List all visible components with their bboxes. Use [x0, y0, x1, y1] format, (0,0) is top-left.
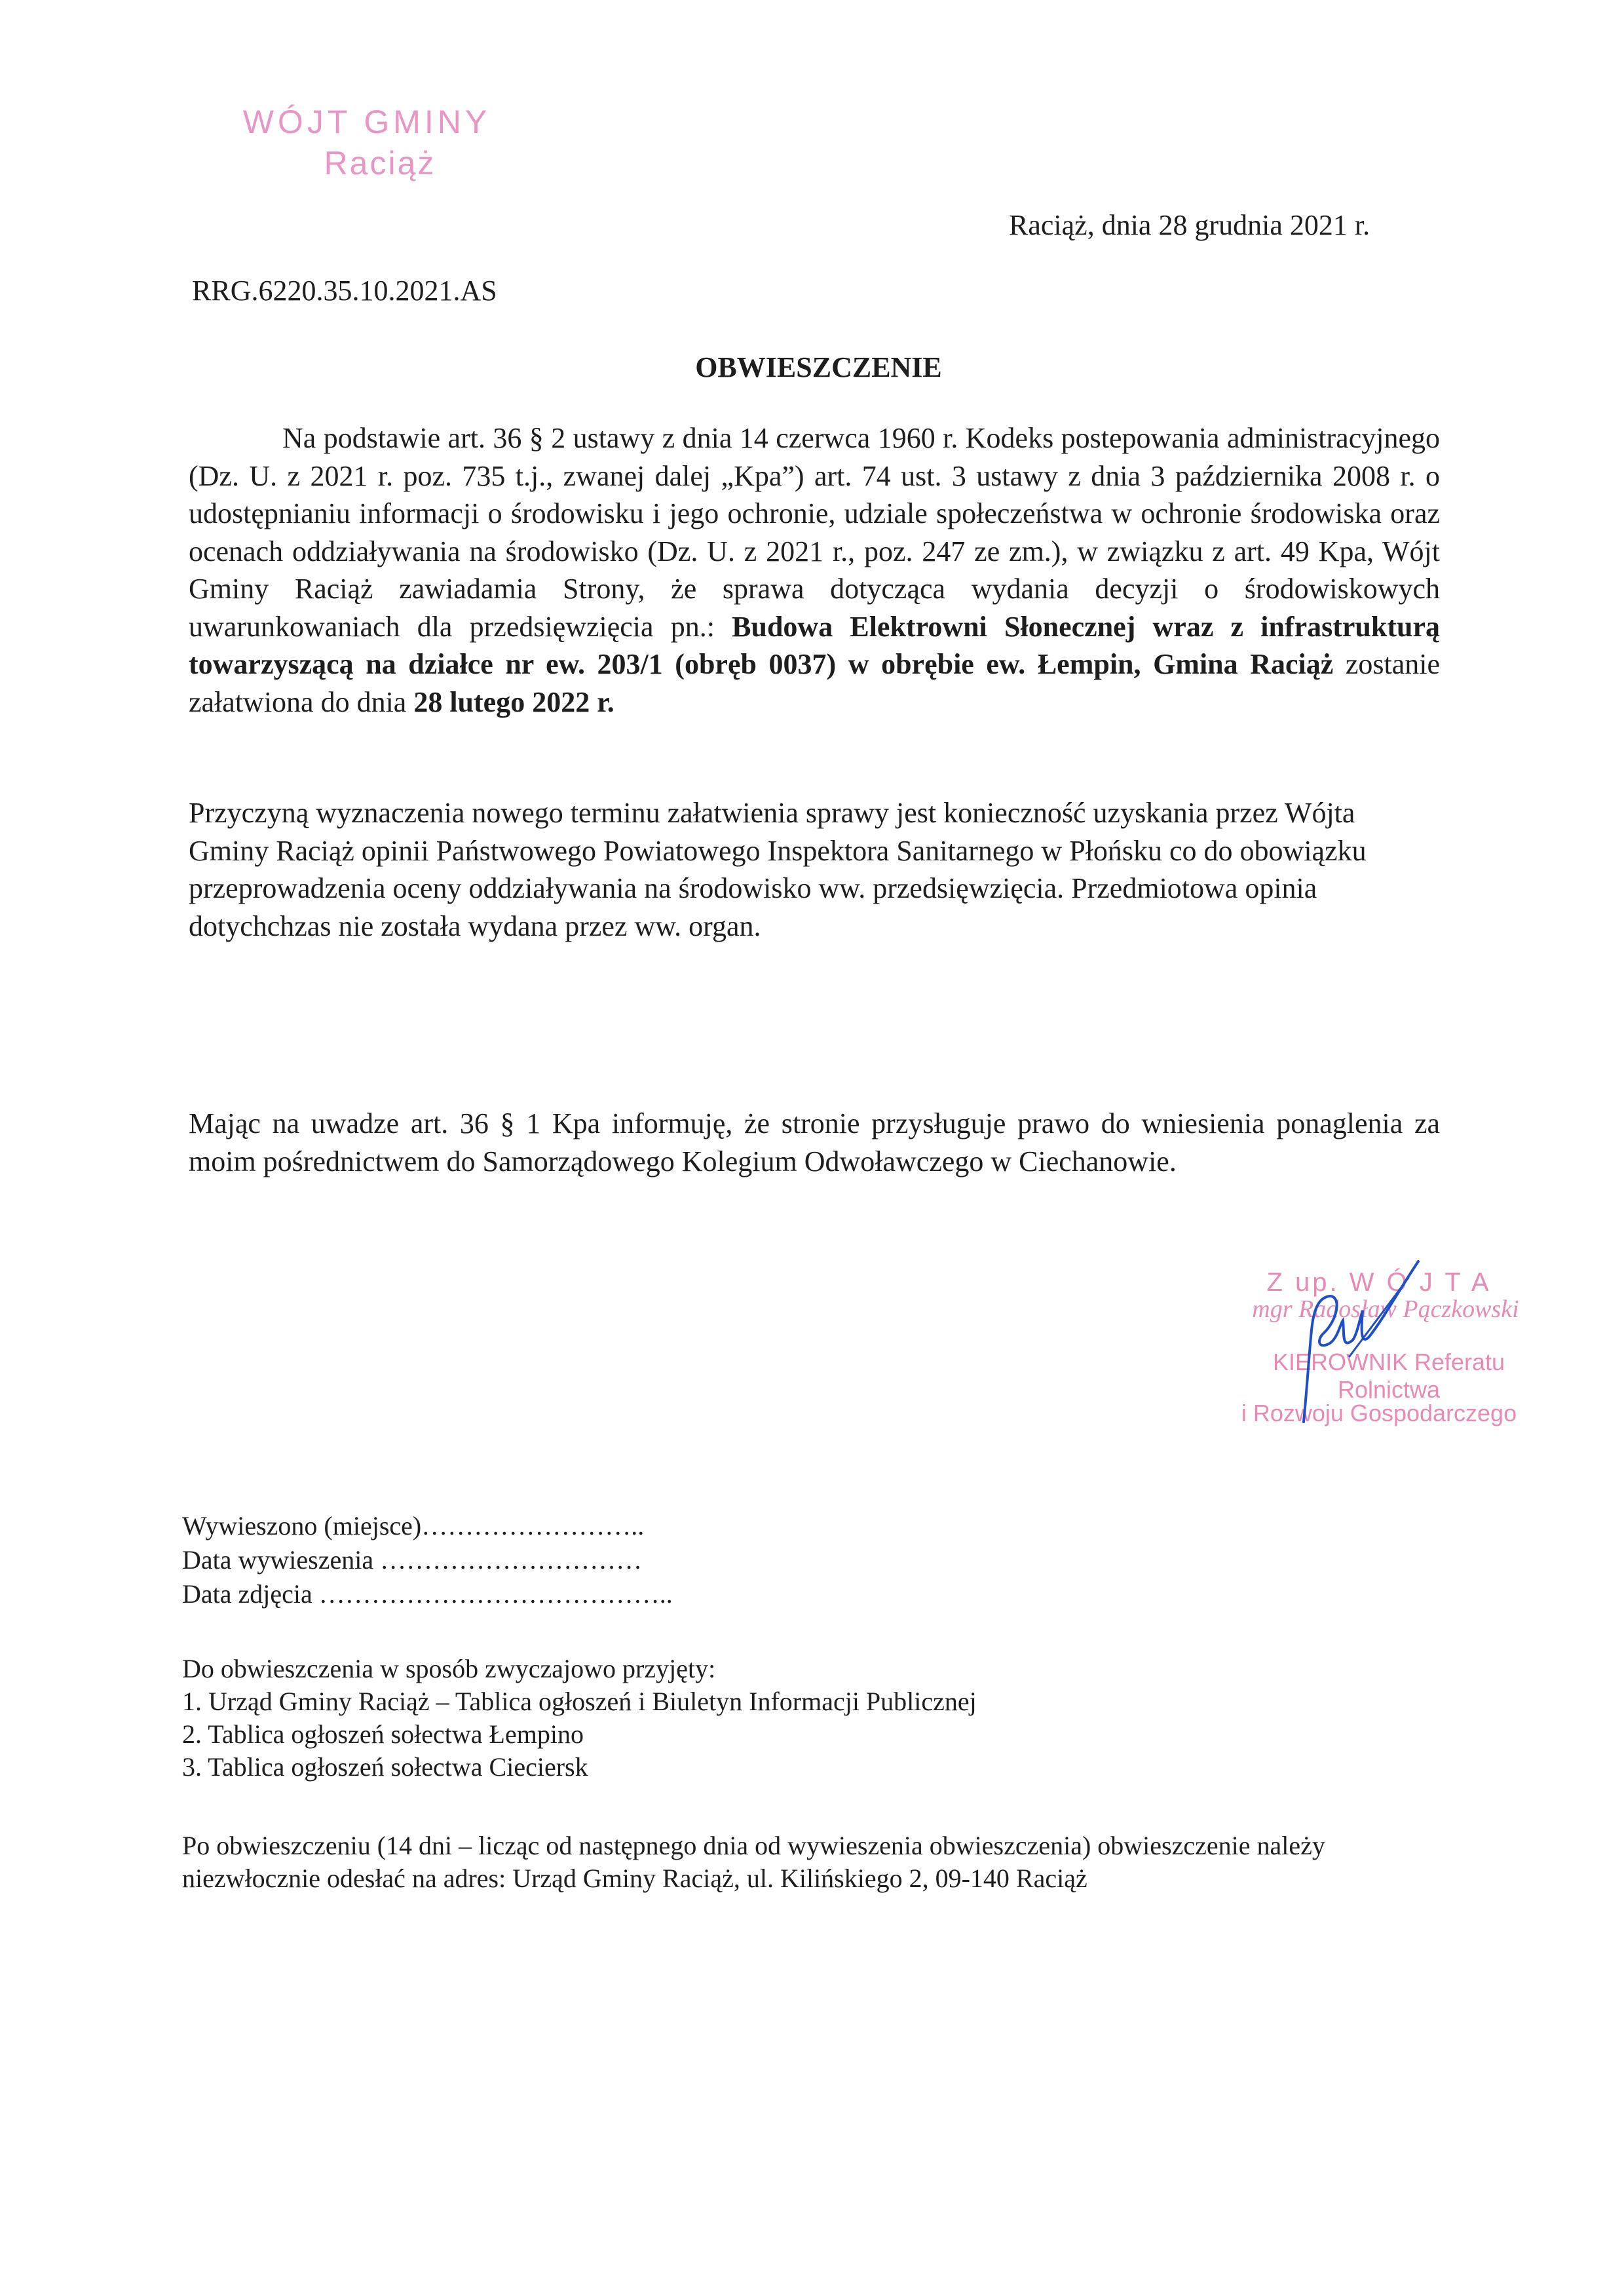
removal-date-field: Data zdjęcia ………………………………….. [182, 1577, 673, 1611]
posting-date-field: Data wywieszenia ………………………… [182, 1543, 673, 1577]
list-item: 2. Tablica ogłoszeń sołectwa Łempino [182, 1718, 977, 1751]
stamp-line-title: WÓJT GMINY [216, 102, 518, 143]
distribution-list: Do obwieszczenia w sposób zwyczajowo prz… [182, 1653, 977, 1784]
legal-basis-text: Na podstawie art. 36 § 2 ustawy z dnia 1… [189, 422, 1440, 643]
list-item: 1. Urząd Gminy Raciąż – Tablica ogłoszeń… [182, 1685, 977, 1718]
paragraph-reason: Przyczyną wyznaczenia nowego terminu zał… [189, 794, 1440, 945]
paragraph-legal-basis: Na podstawie art. 36 § 2 ustawy z dnia 1… [189, 419, 1440, 721]
paragraph-appeal-rights: Mając na uwadze art. 36 § 1 Kpa informuj… [189, 1105, 1440, 1180]
appeal-rights-text: Mając na uwadze art. 36 § 1 Kpa informuj… [189, 1105, 1440, 1180]
deadline-date: 28 lutego 2022 r. [413, 686, 614, 718]
posting-place-field: Wywieszono (miejsce)…………………….. [182, 1509, 673, 1543]
reference-number: RRG.6220.35.10.2021.AS [192, 274, 497, 307]
office-stamp: WÓJT GMINY Raciąż [216, 102, 518, 183]
list-item: 3. Tablica ogłoszeń sołectwa Cieciersk [182, 1751, 977, 1784]
reason-text: Przyczyną wyznaczenia nowego terminu zał… [189, 794, 1440, 945]
stamp-line-place: Raciąż [216, 143, 518, 184]
document-title: OBWIESZCZENIE [0, 351, 1624, 384]
posting-form: Wywieszono (miejsce)…………………….. Data wywi… [182, 1509, 673, 1611]
handwritten-signature-icon [1277, 1258, 1428, 1428]
place-and-date: Raciąż, dnia 28 grudnia 2021 r. [1009, 208, 1370, 242]
return-instructions: Po obwieszczeniu (14 dni – licząc od nas… [182, 1829, 1427, 1895]
distribution-heading: Do obwieszczenia w sposób zwyczajowo prz… [182, 1653, 977, 1685]
